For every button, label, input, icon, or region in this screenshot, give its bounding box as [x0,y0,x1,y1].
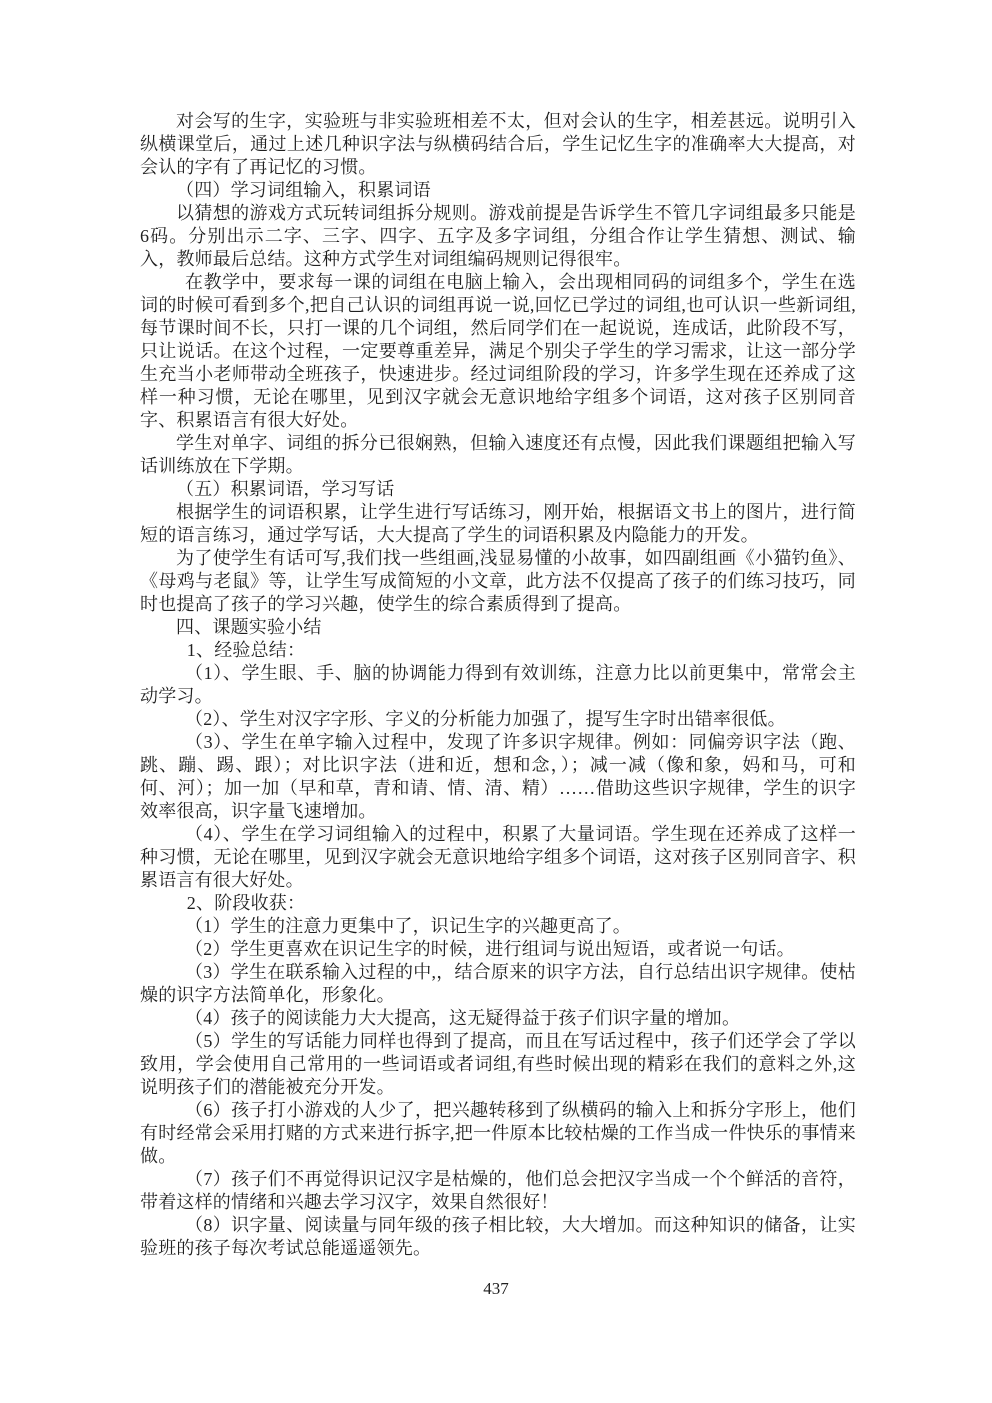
numbered-item: （5）学生的写话能力同样也得到了提高，而且在写话过程中，孩子们还学会了学以致用，… [140,1030,856,1099]
numbered-item: （3）学生在联系输入过程的中,，结合原来的识字方法，自行总结出识字规律。使枯燥的… [140,961,856,1007]
section-heading-4: （四）学习词组输入，积累词语 [140,179,856,202]
numbered-item: （2）学生更喜欢在识记生字的时候，进行组词与说出短语，或者说一句话。 [140,938,856,961]
chapter-heading: 四、课题实验小结 [140,616,856,639]
paragraph: 学生对单字、词组的拆分已很娴熟，但输入速度还有点慢，因此我们课题组把输入写话训练… [140,432,856,478]
numbered-item: （6）孩子打小游戏的人少了，把兴趣转移到了纵横码的输入上和拆分字形上，他们有时经… [140,1099,856,1168]
numbered-item: （7）孩子们不再觉得识记汉字是枯燥的，他们总会把汉字当成一个个鲜活的音符，带着这… [140,1168,856,1214]
subsection-heading-1: 1、经验总结： [140,639,856,662]
numbered-item: （8）识字量、阅读量与同年级的孩子相比较，大大增加。而这种知识的储备，让实验班的… [140,1214,856,1260]
numbered-item: （1）学生的注意力更集中了，识记生字的兴趣更高了。 [140,915,856,938]
document-body: 对会写的生字，实验班与非实验班相差不太，但对会认的生字，相差甚远。说明引入纵横课… [140,110,856,1260]
numbered-item: （1）、学生眼、手、脑的协调能力得到有效训练，注意力比以前更集中，常常会主动学习… [140,662,856,708]
paragraph: 在教学中，要求每一课的词组在电脑上输入，会出现相同码的词组多个，学生在选词的时候… [140,271,856,432]
numbered-item: （4）、学生在学习词组输入的过程中，积累了大量词语。学生现在还养成了这样一种习惯… [140,823,856,892]
subsection-heading-2: 2、阶段收获： [140,892,856,915]
section-heading-5: （五）积累词语，学习写话 [140,478,856,501]
paragraph: 根据学生的词语积累，让学生进行写话练习，刚开始，根据语文书上的图片，进行简短的语… [140,501,856,547]
numbered-item: （4）孩子的阅读能力大大提高，这无疑得益于孩子们识字量的增加。 [140,1007,856,1030]
paragraph: 为了使学生有话可写,我们找一些组画,浅显易懂的小故事，如四副组画《小猫钓鱼》、《… [140,547,856,616]
page-number: 437 [483,1279,509,1298]
paragraph: 对会写的生字，实验班与非实验班相差不太，但对会认的生字，相差甚远。说明引入纵横课… [140,110,856,179]
numbered-item: （2）、学生对汉字字形、字义的分析能力加强了，提写生字时出错率很低。 [140,708,856,731]
paragraph: 以猜想的游戏方式玩转词组拆分规则。游戏前提是告诉学生不管几字词组最多只能是 6码… [140,202,856,271]
numbered-item: （3）、学生在单字输入过程中，发现了许多识字规律。例如：同偏旁识字法（跑、跳、蹦… [140,731,856,823]
page-footer: 437 [0,1278,992,1300]
document-page: 对会写的生字，实验班与非实验班相差不太，但对会认的生字，相差甚远。说明引入纵横课… [0,0,992,1403]
